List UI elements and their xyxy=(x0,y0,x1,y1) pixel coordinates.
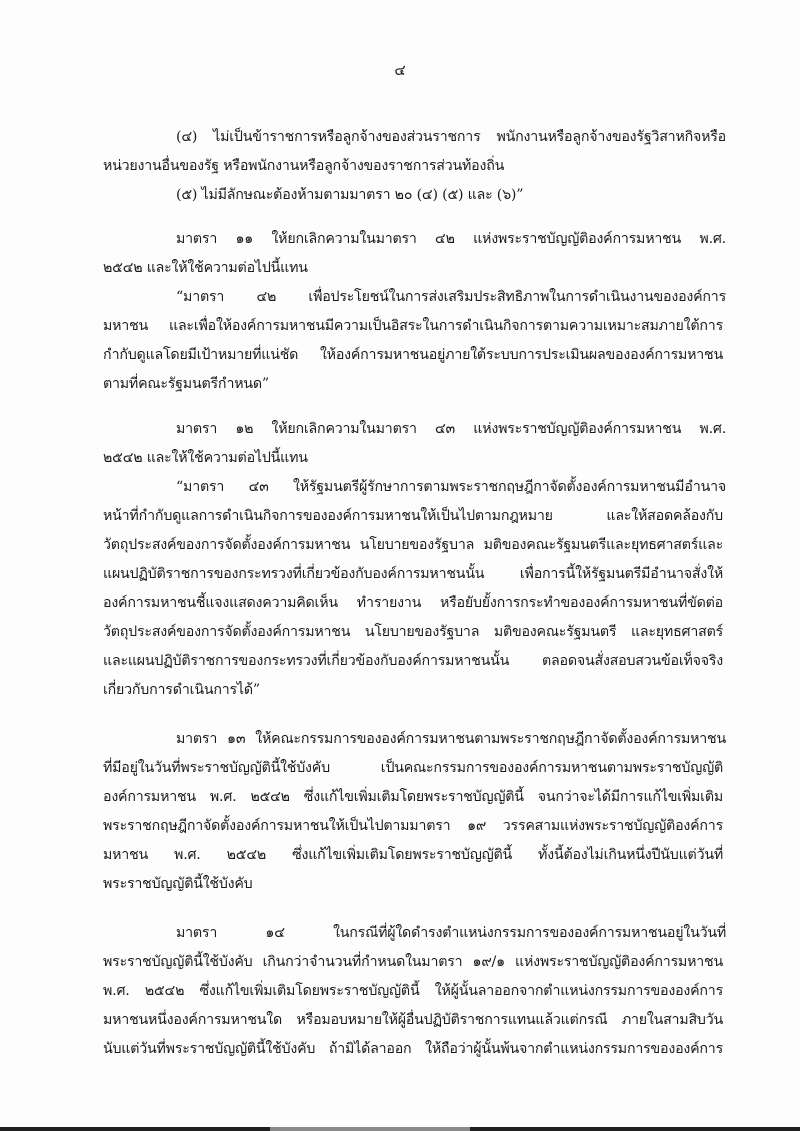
section-42-line-1: “มาตรา ๔๒ เพื่อประโยชน์ในการส่งเสริมประส… xyxy=(176,285,726,309)
item-4-line-2: หน่วยงานอื่นของรัฐ หรือพนักงานหรือลูกจ้า… xyxy=(103,154,723,178)
section-43-line-7: และแผนปฏิบัติราชการของกระทรวงที่เกี่ยวข้… xyxy=(103,649,723,673)
section-14-line-5: นับแต่วันที่พระราชบัญญัตินี้ใช้บังคับ ถ้… xyxy=(103,1037,723,1061)
section-42-line-4: ตามที่คณะรัฐมนตรีกำหนด” xyxy=(103,372,723,396)
page-number: ๔ xyxy=(0,58,800,82)
scan-edge-highlight xyxy=(270,1127,470,1131)
section-14-line-4: มหาชนหนึ่งองค์การมหาชนใด หรือมอบหมายให้ผ… xyxy=(103,1008,723,1032)
scan-bottom-edge xyxy=(0,1127,800,1131)
section-12-line-2: ๒๕๔๒ และให้ใช้ความต่อไปนี้แทน xyxy=(103,446,723,470)
section-11-line-1: มาตรา ๑๑ ให้ยกเลิกความในมาตรา ๔๒ แห่งพระ… xyxy=(176,227,726,251)
section-13-line-6: พระราชบัญญัตินี้ใช้บังคับ xyxy=(103,872,723,896)
section-13-line-4: พระราชกฤษฎีกาจัดตั้งองค์การมหาชนให้เป็นไ… xyxy=(103,814,723,838)
section-14-line-2: พระราชบัญญัตินี้ใช้บังคับ เกินกว่าจำนวนท… xyxy=(103,950,723,974)
item-4-line-1: (๔) ไม่เป็นข้าราชการหรือลูกจ้างของส่วนรา… xyxy=(176,125,726,149)
section-43-line-4: แผนปฏิบัติราชการของกระทรวงที่เกี่ยวข้องก… xyxy=(103,562,723,586)
section-13-line-2: ที่มีอยู่ในวันที่พระราชบัญญัตินี้ใช้บังค… xyxy=(103,756,723,780)
section-14-line-3: พ.ศ. ๒๕๔๒ ซึ่งแก้ไขเพิ่มเติมโดยพระราชบัญ… xyxy=(103,979,723,1003)
section-13-line-3: องค์การมหาชน พ.ศ. ๒๕๔๒ ซึ่งแก้ไขเพิ่มเติ… xyxy=(103,785,723,809)
section-43-line-2: หน้าที่กำกับดูแลการดำเนินกิจการขององค์กา… xyxy=(103,504,723,528)
section-43-line-3: วัตถุประสงค์ของการจัดตั้งองค์การมหาชน นโ… xyxy=(103,533,723,557)
section-13-line-1: มาตรา ๑๓ ให้คณะกรรมการขององค์การมหาชนตาม… xyxy=(176,727,726,751)
section-12-line-1: มาตรา ๑๒ ให้ยกเลิกความในมาตรา ๔๓ แห่งพระ… xyxy=(176,417,726,441)
section-43-line-5: องค์การมหาชนชี้แจงแสดงความคิดเห็น ทำรายง… xyxy=(103,591,723,615)
section-43-line-1: “มาตรา ๔๓ ให้รัฐมนตรีผู้รักษาการตามพระรา… xyxy=(176,475,726,499)
item-5-line-1: (๕) ไม่มีลักษณะต้องห้ามตามมาตรา ๒๐ (๔) (… xyxy=(176,183,726,207)
section-43-line-6: วัตถุประสงค์ของการจัดตั้งองค์การมหาชน นโ… xyxy=(103,620,723,644)
section-43-line-8: เกี่ยวกับการดำเนินการได้” xyxy=(103,678,723,702)
section-13-line-5: มหาชน พ.ศ. ๒๕๔๒ ซึ่งแก้ไขเพิ่มเติมโดยพระ… xyxy=(103,843,723,867)
document-page: ๔ (๔) ไม่เป็นข้าราชการหรือลูกจ้างของส่วน… xyxy=(0,0,800,1131)
section-14-line-1: มาตรา ๑๔ ในกรณีที่ผู้ใดดำรงตำแหน่งกรรมกา… xyxy=(176,921,726,945)
section-11-line-2: ๒๕๔๒ และให้ใช้ความต่อไปนี้แทน xyxy=(103,256,723,280)
section-42-line-3: กำกับดูแลโดยมีเป้าหมายที่แน่ชัด ให้องค์ก… xyxy=(103,343,723,367)
section-42-line-2: มหาชน และเพื่อให้องค์การมหาชนมีความเป็นอ… xyxy=(103,314,723,338)
